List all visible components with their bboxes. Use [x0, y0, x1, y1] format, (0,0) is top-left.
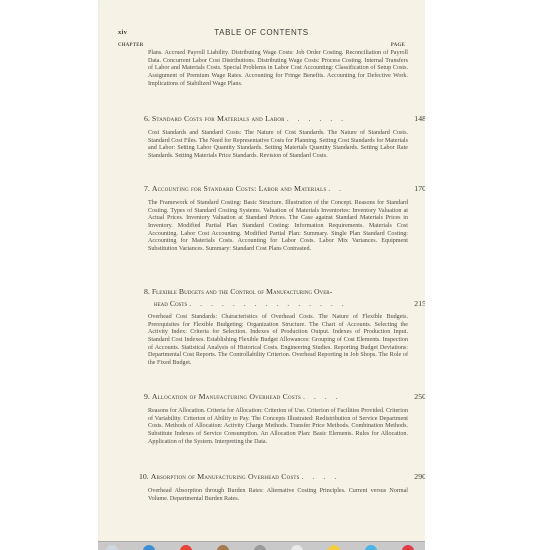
dock-app-icon[interactable] [291, 545, 303, 550]
toc-entry-chapter-6[interactable]: 6. Standard Costs for Materials and Labo… [144, 114, 425, 123]
chapter-column-label: CHAPTER [118, 43, 144, 48]
dot-leader: . . . . [303, 392, 341, 401]
chapter-title: Allocation of Manufacturing Overhead Cos… [152, 392, 301, 401]
chapter-title-line-2: head Costs [154, 299, 187, 308]
toc-entry-chapter-7[interactable]: 7. Accounting for Standard Costs: Labor … [144, 184, 425, 193]
continued-summary: Plans. Accrued Payroll Liability. Distri… [148, 50, 408, 88]
chapter-title: Accounting for Standard Costs: Labor and… [152, 184, 327, 193]
dock-app-icon[interactable] [254, 545, 266, 550]
chapter-title-line-1: Flexible Budgets and the Control of Manu… [152, 287, 332, 296]
chapter-9-summary: Reasons for Allocation. Criteria for All… [148, 408, 408, 446]
page-number: 215 [414, 298, 425, 310]
dock-app-icon[interactable] [217, 545, 229, 550]
dock-app-icon[interactable] [365, 545, 377, 550]
dock-bar [98, 541, 425, 550]
toc-entry-chapter-9[interactable]: 9. Allocation of Manufacturing Overhead … [144, 392, 425, 401]
dock-app-icon[interactable] [328, 545, 340, 550]
running-header: xiv TABLE OF CONTENTS [118, 28, 405, 42]
toc-entry-chapter-8[interactable]: 8. Flexible Budgets and the Control of M… [144, 286, 425, 310]
page-title: TABLE OF CONTENTS [118, 28, 405, 37]
dock-app-icon[interactable] [402, 545, 414, 550]
chapter-6-summary: Cost Standards and Standard Costs: The N… [148, 130, 408, 161]
dot-leader: . . . . [302, 472, 340, 481]
dock-app-icon[interactable] [180, 545, 192, 550]
page-number: 170 [414, 184, 425, 193]
dock-app-icon[interactable] [143, 545, 155, 550]
page-number: 148 [414, 114, 425, 123]
dock-app-icon[interactable] [106, 545, 118, 550]
chapter-8-summary: Overhead Cost Standards: Characteristics… [148, 314, 408, 368]
chapter-title: Absorption of Manufacturing Overhead Cos… [151, 472, 300, 481]
chapter-10-summary: Overhead Absorption through Burden Rates… [148, 488, 408, 503]
chapter-title: Standard Costs for Materials and Labor [152, 114, 285, 123]
toc-entry-chapter-10[interactable]: 10. Absorption of Manufacturing Overhead… [139, 472, 425, 481]
dot-leader: . . [328, 184, 344, 193]
dot-leader: . . . . . . [287, 114, 347, 123]
page-column-label: PAGE [391, 43, 405, 48]
page-number: 290 [414, 472, 425, 481]
book-page: xiv TABLE OF CONTENTS CHAPTER PAGE Plans… [98, 0, 425, 542]
dot-leader: . . . . . . . . . . . . . . . [189, 299, 347, 308]
page-number: 250 [414, 392, 425, 401]
chapter-7-summary: The Framework of Standard Costing: Basic… [148, 200, 408, 254]
